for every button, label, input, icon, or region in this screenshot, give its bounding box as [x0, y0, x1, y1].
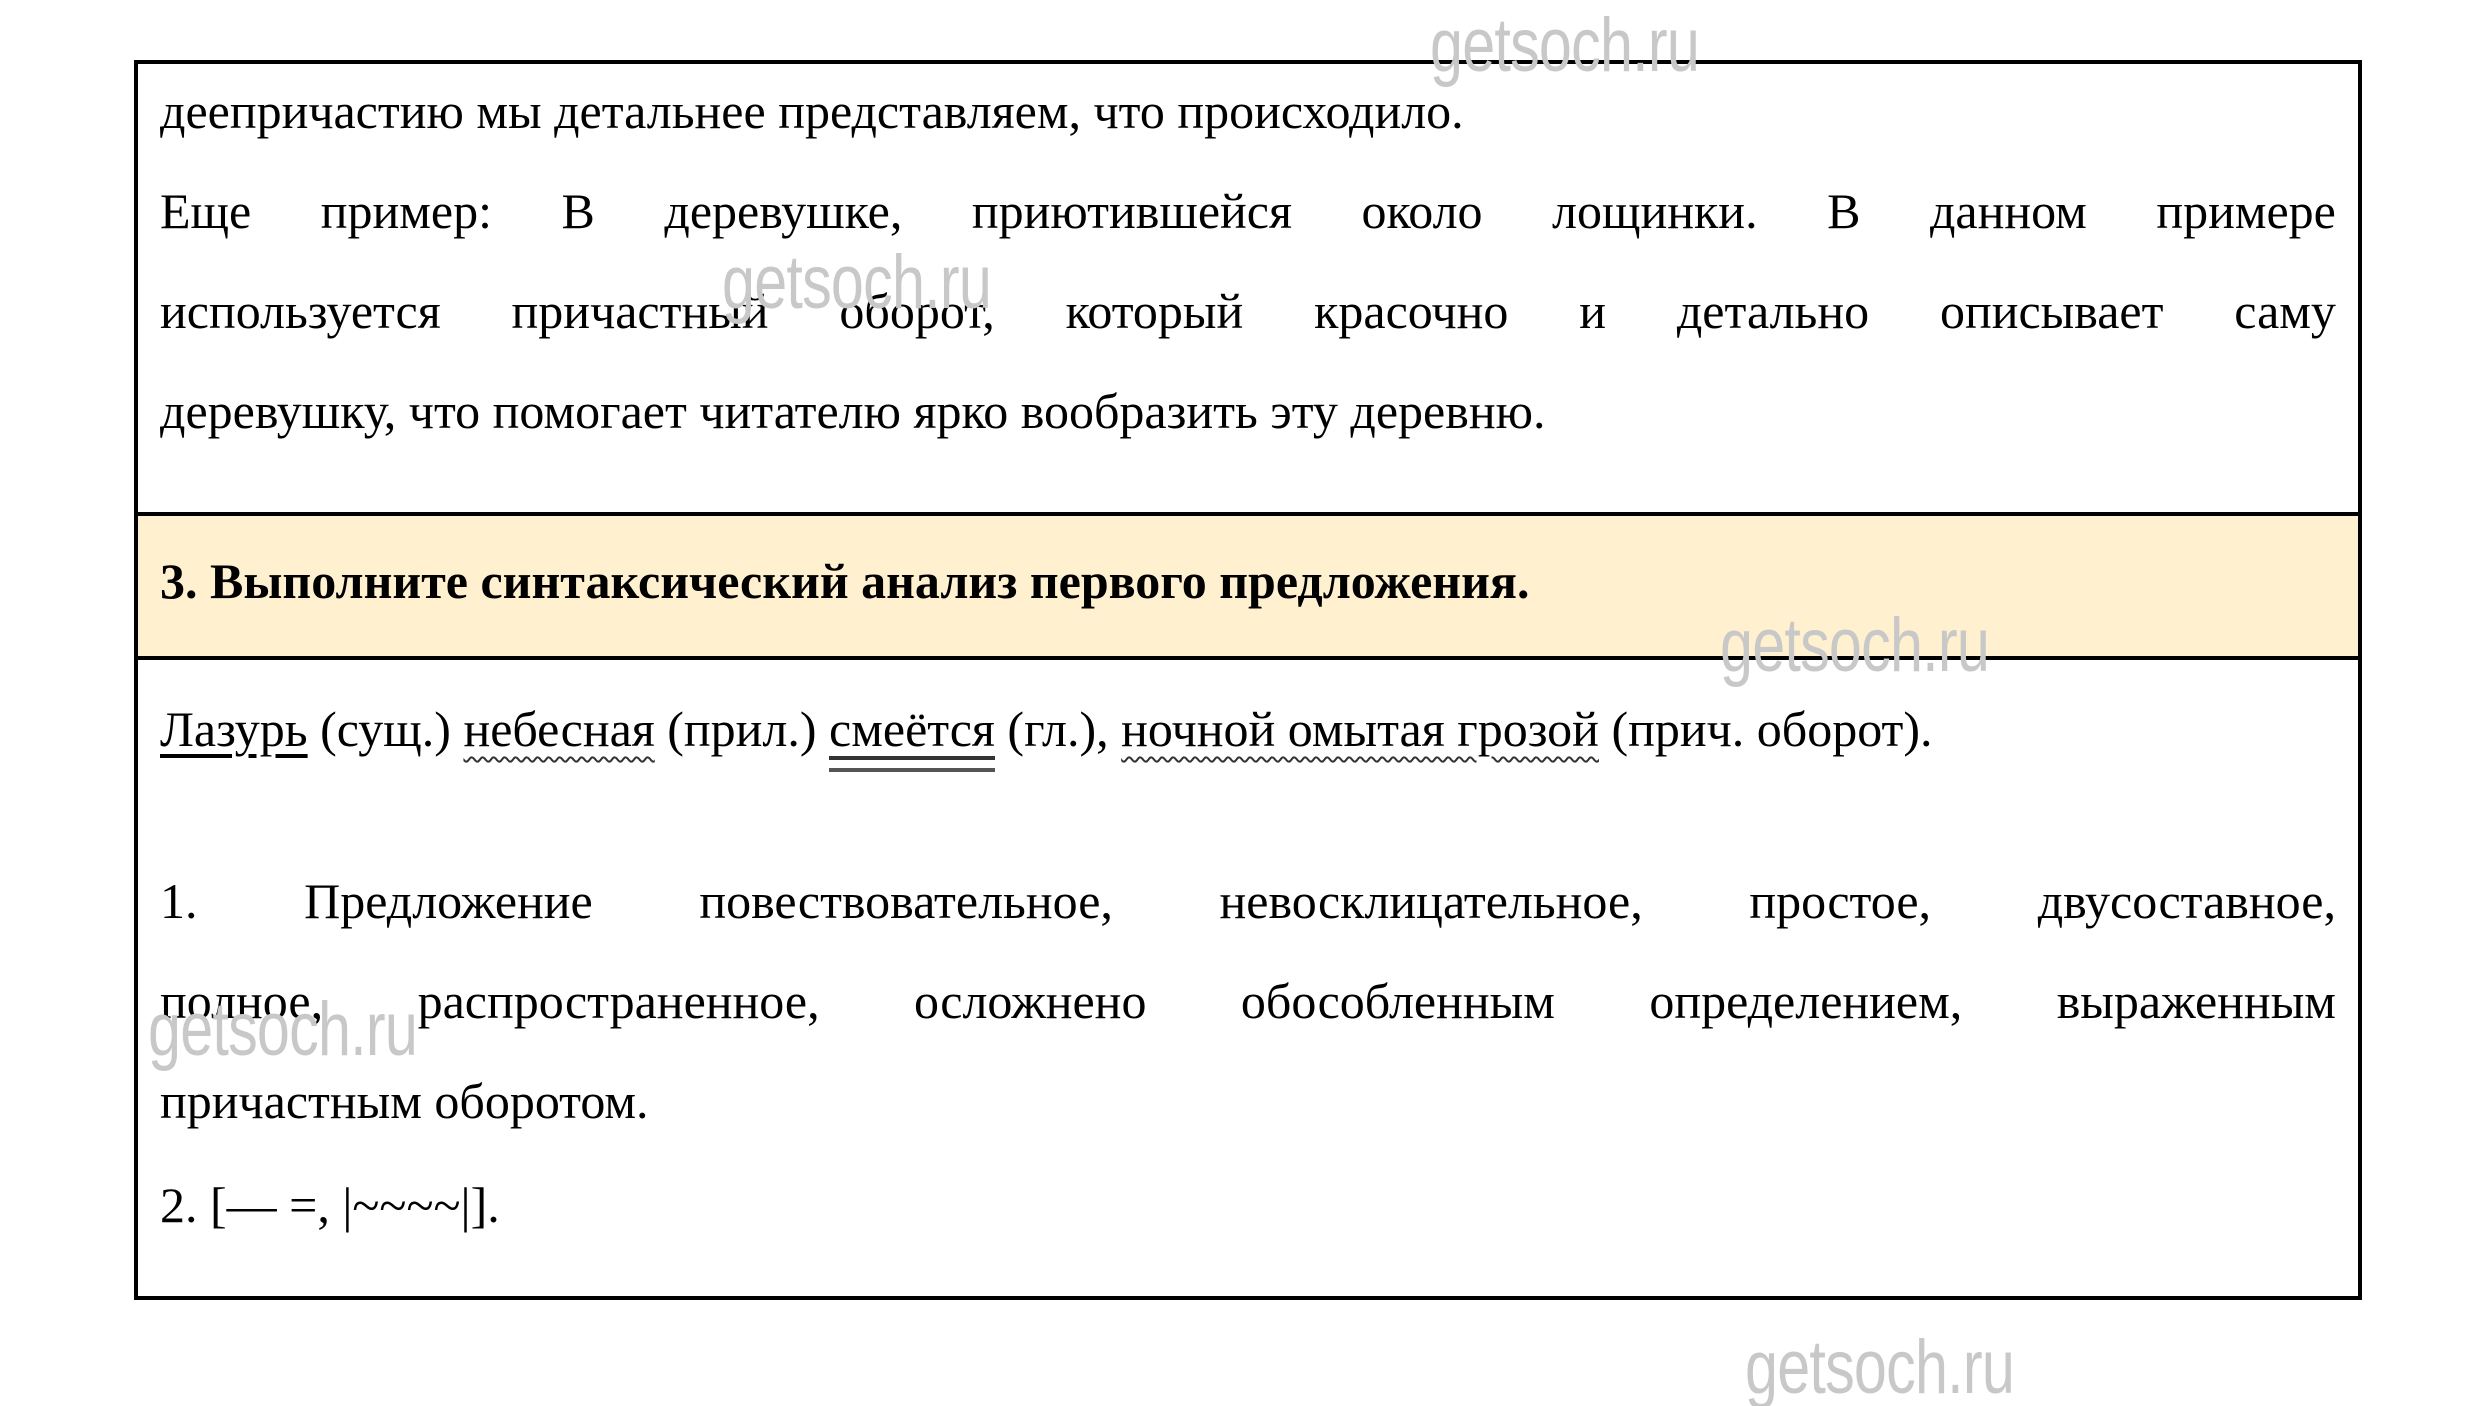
word: около: [1361, 176, 1482, 246]
intro-line-4: деревушку, что помогает читателю ярко во…: [160, 376, 2336, 446]
predicate-word: смеётся: [829, 694, 995, 764]
word: красочно: [1314, 276, 1508, 346]
sentence-scheme: 2. [— =, |~~~~|].: [160, 1170, 2336, 1240]
word: простое,: [1749, 866, 1931, 936]
word: оборот,: [839, 276, 994, 346]
word: полное,: [160, 966, 323, 1036]
word: выраженным: [2057, 966, 2336, 1036]
word: пример:: [321, 176, 492, 246]
intro-line-1: деепричастию мы детальнее представляем, …: [160, 76, 2336, 146]
word: 1.: [160, 866, 198, 936]
task-header-cell: 3. Выполните синтаксический анализ перво…: [138, 512, 2358, 660]
point1-line-1: 1.Предложениеповествовательное,невосклиц…: [160, 866, 2336, 936]
word: который: [1066, 276, 1244, 346]
word: осложнено: [914, 966, 1146, 1036]
attribute-tag: (прил.): [667, 701, 816, 757]
intro-line-3: используетсяпричастныйоборот,которыйкрас…: [160, 276, 2336, 346]
word: Предложение: [304, 866, 593, 936]
word: лощинки.: [1552, 176, 1758, 246]
subject-tag: (сущ.): [320, 701, 451, 757]
word: детально: [1677, 276, 1869, 346]
word: саму: [2234, 276, 2336, 346]
word: и: [1579, 276, 1606, 346]
intro-line-2: Ещепример:Вдеревушке,приютившейсяокололо…: [160, 176, 2336, 246]
point1-line-2: полное,распространенное,осложненообособл…: [160, 966, 2336, 1036]
watermark: getsoch.ru: [1745, 1330, 2014, 1406]
analysis-cell: Лазурь (сущ.) небесная (прил.) смеётся (…: [138, 660, 2358, 1296]
task-title: 3. Выполните синтаксический анализ перво…: [160, 546, 2336, 616]
answer-table: деепричастию мы детальнее представляем, …: [134, 60, 2362, 1300]
word: используется: [160, 276, 441, 346]
subject-word: Лазурь: [160, 701, 308, 757]
parsed-sentence: Лазурь (сущ.) небесная (прил.) смеётся (…: [160, 694, 2336, 764]
word: примере: [2156, 176, 2336, 246]
word: повествовательное,: [699, 866, 1113, 936]
word: описывает: [1940, 276, 2164, 346]
word: данном: [1930, 176, 2087, 246]
participle-tag: (прич. оборот).: [1611, 701, 1932, 757]
attribute-word: небесная: [463, 701, 654, 757]
point1-line-3: причастным оборотом.: [160, 1066, 2336, 1136]
predicate-tag: (гл.),: [1007, 701, 1108, 757]
word: обособленным: [1241, 966, 1555, 1036]
word: определением,: [1649, 966, 1962, 1036]
word: невосклицательное,: [1220, 866, 1643, 936]
word: В: [1827, 176, 1860, 246]
intro-cell: деепричастию мы детальнее представляем, …: [138, 64, 2358, 512]
word: причастный: [512, 276, 769, 346]
word: двусоставное,: [2038, 866, 2336, 936]
word: Еще: [160, 176, 251, 246]
word: В: [562, 176, 595, 246]
word: приютившейся: [972, 176, 1292, 246]
word: распространенное,: [418, 966, 820, 1036]
participle-phrase: ночной омытая грозой: [1121, 701, 1599, 757]
word: деревушке,: [664, 176, 902, 246]
